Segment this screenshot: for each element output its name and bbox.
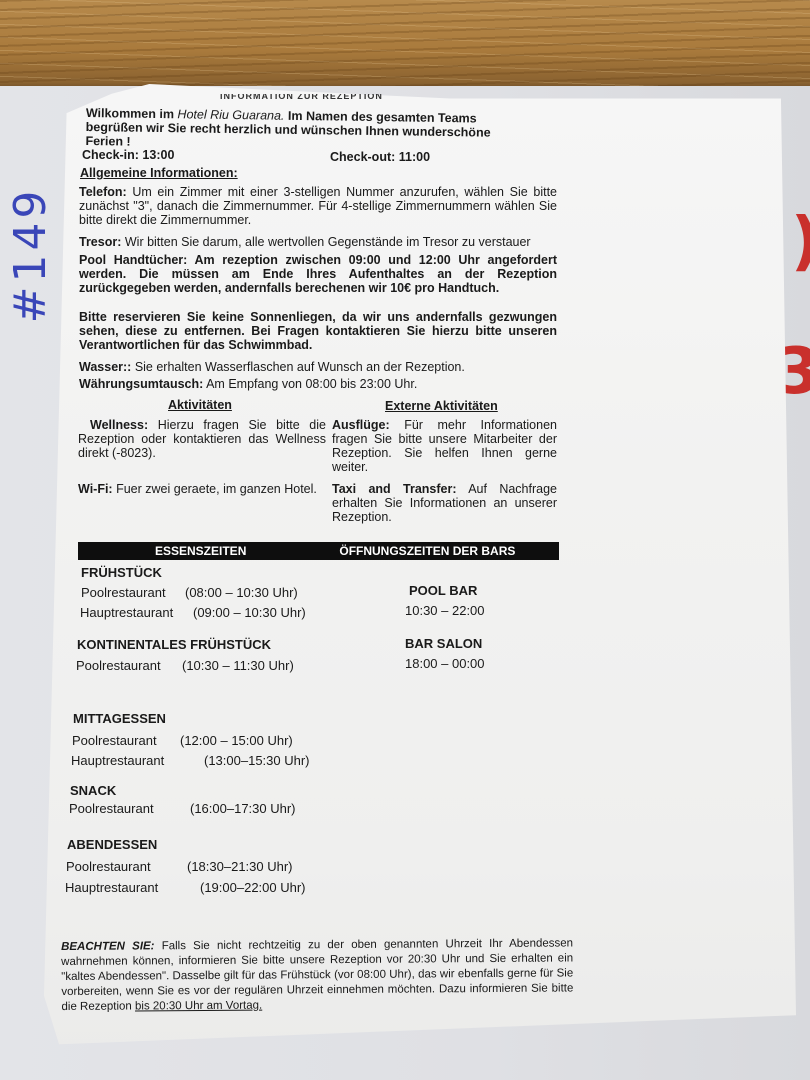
activity-wifi: Wi-Fi: Fuer zwei geraete, im ganzen Hote… bbox=[78, 482, 326, 496]
activity-wellness: Wellness: Hierzu fragen Sie bitte die Re… bbox=[78, 418, 326, 460]
info-pool-towels: Pool Handtücher: Am rezeption zwischen 0… bbox=[79, 253, 557, 295]
bar-hours-heading: ÖFFNUNGSZEITEN DER BARS bbox=[339, 544, 515, 558]
checkout-time: Check-out: 11:00 bbox=[330, 150, 430, 164]
meal-row: Hauptrestaurant(13:00–15:30 Uhr) bbox=[71, 754, 164, 768]
info-sunbeds: Bitte reservieren Sie keine Sonnenliegen… bbox=[79, 310, 557, 352]
bar-name: POOL BAR bbox=[409, 584, 477, 598]
meal-row: Poolrestaurant(12:00 – 15:00 Uhr) bbox=[72, 734, 157, 748]
external-activity-taxi: Taxi and Transfer: Auf Nachfrage erhalte… bbox=[332, 482, 557, 524]
info-currency-exchange: Währungsumtausch: Am Empfang von 08:00 b… bbox=[79, 377, 557, 391]
important-note: BEACHTEN SIE: Falls Sie nicht rechtzeiti… bbox=[61, 936, 574, 1015]
bar-hours: 10:30 – 22:00 bbox=[405, 604, 485, 618]
meal-title: FRÜHSTÜCK bbox=[81, 566, 162, 580]
info-telefon: Telefon: Um ein Zimmer mit einer 3-stell… bbox=[79, 185, 557, 227]
bar-name: BAR SALON bbox=[405, 637, 482, 651]
meal-title: KONTINENTALES FRÜHSTÜCK bbox=[77, 638, 271, 652]
welcome-text: Wilkommen im Hotel Riu Guarana. Im Namen… bbox=[85, 106, 526, 154]
external-activities-title: Externe Aktivitäten bbox=[385, 399, 498, 413]
meal-row: Poolrestaurant(10:30 – 11:30 Uhr) bbox=[76, 659, 161, 673]
general-info-title: Allgemeine Informationen: bbox=[80, 166, 238, 180]
bar-hours: 18:00 – 00:00 bbox=[405, 657, 485, 671]
hotel-name: Hotel Riu Guarana. bbox=[177, 107, 284, 122]
meal-times-heading: ESSENSZEITEN bbox=[155, 544, 246, 558]
sheet-header-cut-off: INFORMATION ZUR REZEPTION bbox=[220, 94, 420, 103]
meal-row: Poolrestaurant(18:30–21:30 Uhr) bbox=[66, 860, 151, 874]
info-wasser: Wasser:: Sie erhalten Wasserflaschen auf… bbox=[79, 360, 557, 374]
meal-row: Poolrestaurant(08:00 – 10:30 Uhr) bbox=[81, 586, 166, 600]
checkin-time: Check-in: 13:00 bbox=[82, 148, 174, 162]
sheet-content: INFORMATION ZUR REZEPTION Wilkommen im H… bbox=[0, 0, 810, 1080]
meal-row: Hauptrestaurant(19:00–22:00 Uhr) bbox=[65, 881, 158, 895]
meal-row: Hauptrestaurant(09:00 – 10:30 Uhr) bbox=[80, 606, 173, 620]
external-activity-excursions: Ausflüge: Für mehr Informationen fragen … bbox=[332, 418, 557, 474]
meal-title: MITTAGESSEN bbox=[73, 712, 166, 726]
meal-title: ABENDESSEN bbox=[67, 838, 157, 852]
meal-title: SNACK bbox=[70, 784, 116, 798]
meal-row: Poolrestaurant(16:00–17:30 Uhr) bbox=[69, 802, 154, 816]
schedule-header-bar: ESSENSZEITEN ÖFFNUNGSZEITEN DER BARS bbox=[78, 542, 559, 560]
activities-title: Aktivitäten bbox=[168, 398, 232, 412]
info-tresor: Tresor: Wir bitten Sie darum, alle wertv… bbox=[79, 235, 564, 249]
